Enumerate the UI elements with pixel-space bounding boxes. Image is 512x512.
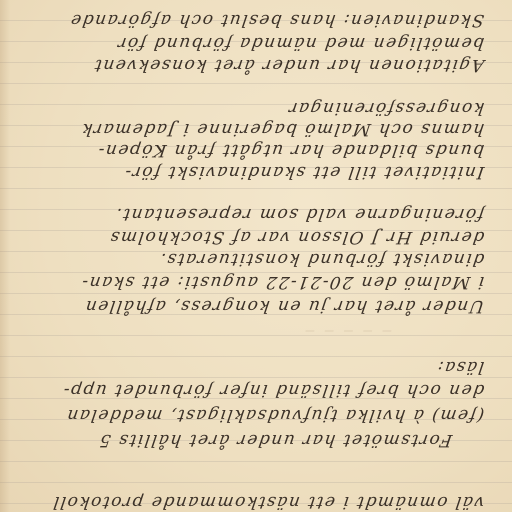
- text-line: deruid Hr J Olsson var af Stockholms: [108, 227, 486, 247]
- text-line: hamns och Malmö bagerinne i Jademark: [79, 119, 485, 139]
- rotated-page-content: ‒ ‒ ‒ ‒ ‒ väl omnämdt i ett nästkommande…: [0, 0, 512, 512]
- text-line: kongressföreningar: [286, 98, 485, 118]
- text-line: väl omnämdt i ett nästkommande protokoll: [51, 492, 486, 512]
- text-line: Fortsmötet har under året hållits 5: [97, 430, 453, 450]
- text-line: Agitationen har under året konsekvent: [92, 55, 485, 75]
- text-line: Skandinavien: hans beslut och afgörande: [68, 10, 485, 30]
- text-line: Initiativet till ett skandinaviskt för-: [123, 162, 486, 182]
- text-line: (fem) à hvilka tjufvudsakligast, meddela…: [64, 405, 485, 425]
- text-line: Under året har ju en kongress, afhållen: [83, 296, 485, 316]
- scanned-page: ‒ ‒ ‒ ‒ ‒ väl omnämdt i ett nästkommande…: [0, 0, 512, 512]
- text-line: bemötligen med nämnda förbund för: [115, 33, 485, 53]
- text-line: bunds bildande har utgått från Köpen-: [96, 140, 486, 160]
- text-line: dinaviskt förbund konstituerats.: [158, 249, 486, 269]
- text-line: i Malmö den 20-21-22 augusti: ett skan-: [79, 272, 485, 292]
- text-line: den och bref tillsänd infer förbundet up…: [61, 380, 486, 400]
- text-line: läsa:: [435, 357, 485, 377]
- bleed-through-ink: ‒ ‒ ‒ ‒ ‒: [303, 323, 392, 342]
- text-line: föreningarne vald som representant.: [113, 204, 485, 224]
